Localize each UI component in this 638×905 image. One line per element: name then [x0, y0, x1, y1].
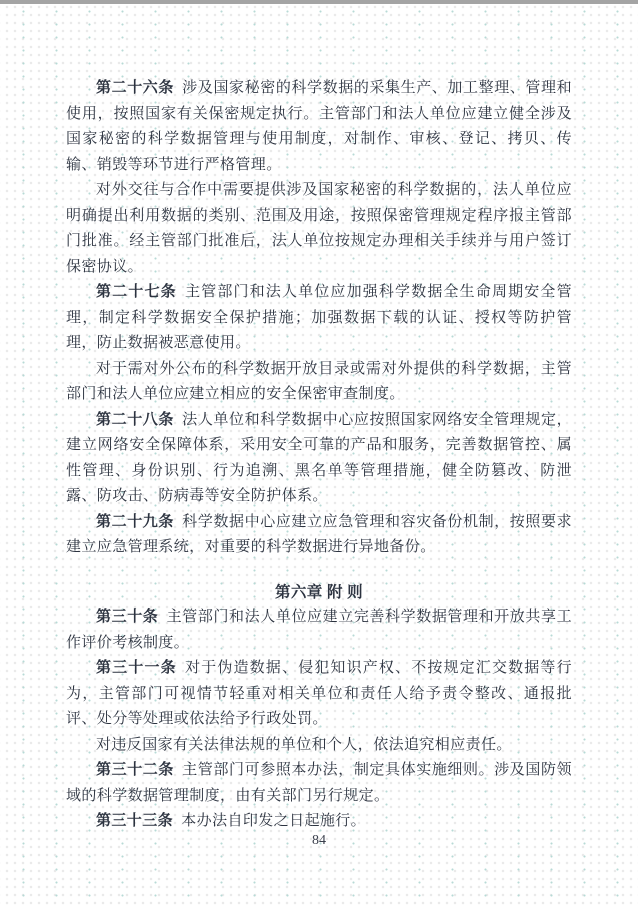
- article-text: 对外交往与合作中需要提供涉及国家秘密的科学数据的，法人单位应明确提出利用数据的类…: [66, 182, 572, 275]
- body-paragraph: 对于需对外公布的科学数据开放目录或需对外提供的科学数据，主管部门和法人单位应建立…: [66, 357, 572, 408]
- article-text: 对违反国家有关法律法规的单位和个人，依法追究相应责任。: [96, 737, 512, 753]
- scan-edge-bar: [0, 0, 638, 4]
- article-paragraph: 第二十六条涉及国家秘密的科学数据的采集生产、加工整理、管理和使用，按照国家有关保…: [66, 76, 572, 178]
- body-paragraph: 对外交往与合作中需要提供涉及国家秘密的科学数据的，法人单位应明确提出利用数据的类…: [66, 178, 572, 280]
- article-paragraph: 第二十九条科学数据中心应建立应急管理和容灾备份机制，按照要求建立应急管理系统，对…: [66, 510, 572, 561]
- article-text: 对于需对外公布的科学数据开放目录或需对外提供的科学数据，主管部门和法人单位应建立…: [66, 361, 572, 403]
- document-content: 第二十六条涉及国家秘密的科学数据的采集生产、加工整理、管理和使用，按照国家有关保…: [66, 76, 572, 835]
- article-number: 第二十九条: [96, 514, 174, 530]
- article-number: 第三十条: [96, 609, 158, 625]
- article-paragraph: 第三十条主管部门和法人单位应建立完善科学数据管理和开放共享工作评价考核制度。: [66, 605, 572, 656]
- article-paragraph: 第三十二条主管部门可参照本办法，制定具体实施细则。涉及国防领域的科学数据管理制度…: [66, 758, 572, 809]
- article-paragraph: 第二十七条主管部门和法人单位应加强科学数据全生命周期安全管理，制定科学数据安全保…: [66, 280, 572, 357]
- article-text: 本办法自印发之日起施行。: [181, 813, 366, 829]
- article-number: 第三十一条: [96, 660, 177, 676]
- article-number: 第二十八条: [96, 412, 174, 428]
- chapter-heading: 第六章 附 则: [66, 580, 572, 606]
- document-page: 第二十六条涉及国家秘密的科学数据的采集生产、加工整理、管理和使用，按照国家有关保…: [0, 0, 638, 905]
- article-paragraph: 第三十三条本办法自印发之日起施行。: [66, 809, 572, 835]
- article-number: 第三十二条: [96, 762, 174, 778]
- article-paragraph: 第三十一条对于伪造数据、侵犯知识产权、不按规定汇交数据等行为，主管部门可视情节轻…: [66, 656, 572, 733]
- article-number: 第三十三条: [96, 813, 173, 829]
- body-paragraph: 对违反国家有关法律法规的单位和个人，依法追究相应责任。: [66, 733, 572, 759]
- page-number: 84: [0, 833, 638, 849]
- article-number: 第二十七条: [96, 284, 177, 300]
- article-number: 第二十六条: [96, 80, 174, 96]
- article-paragraph: 第二十八条法人单位和科学数据中心应按照国家网络安全管理规定，建立网络安全保障体系…: [66, 408, 572, 510]
